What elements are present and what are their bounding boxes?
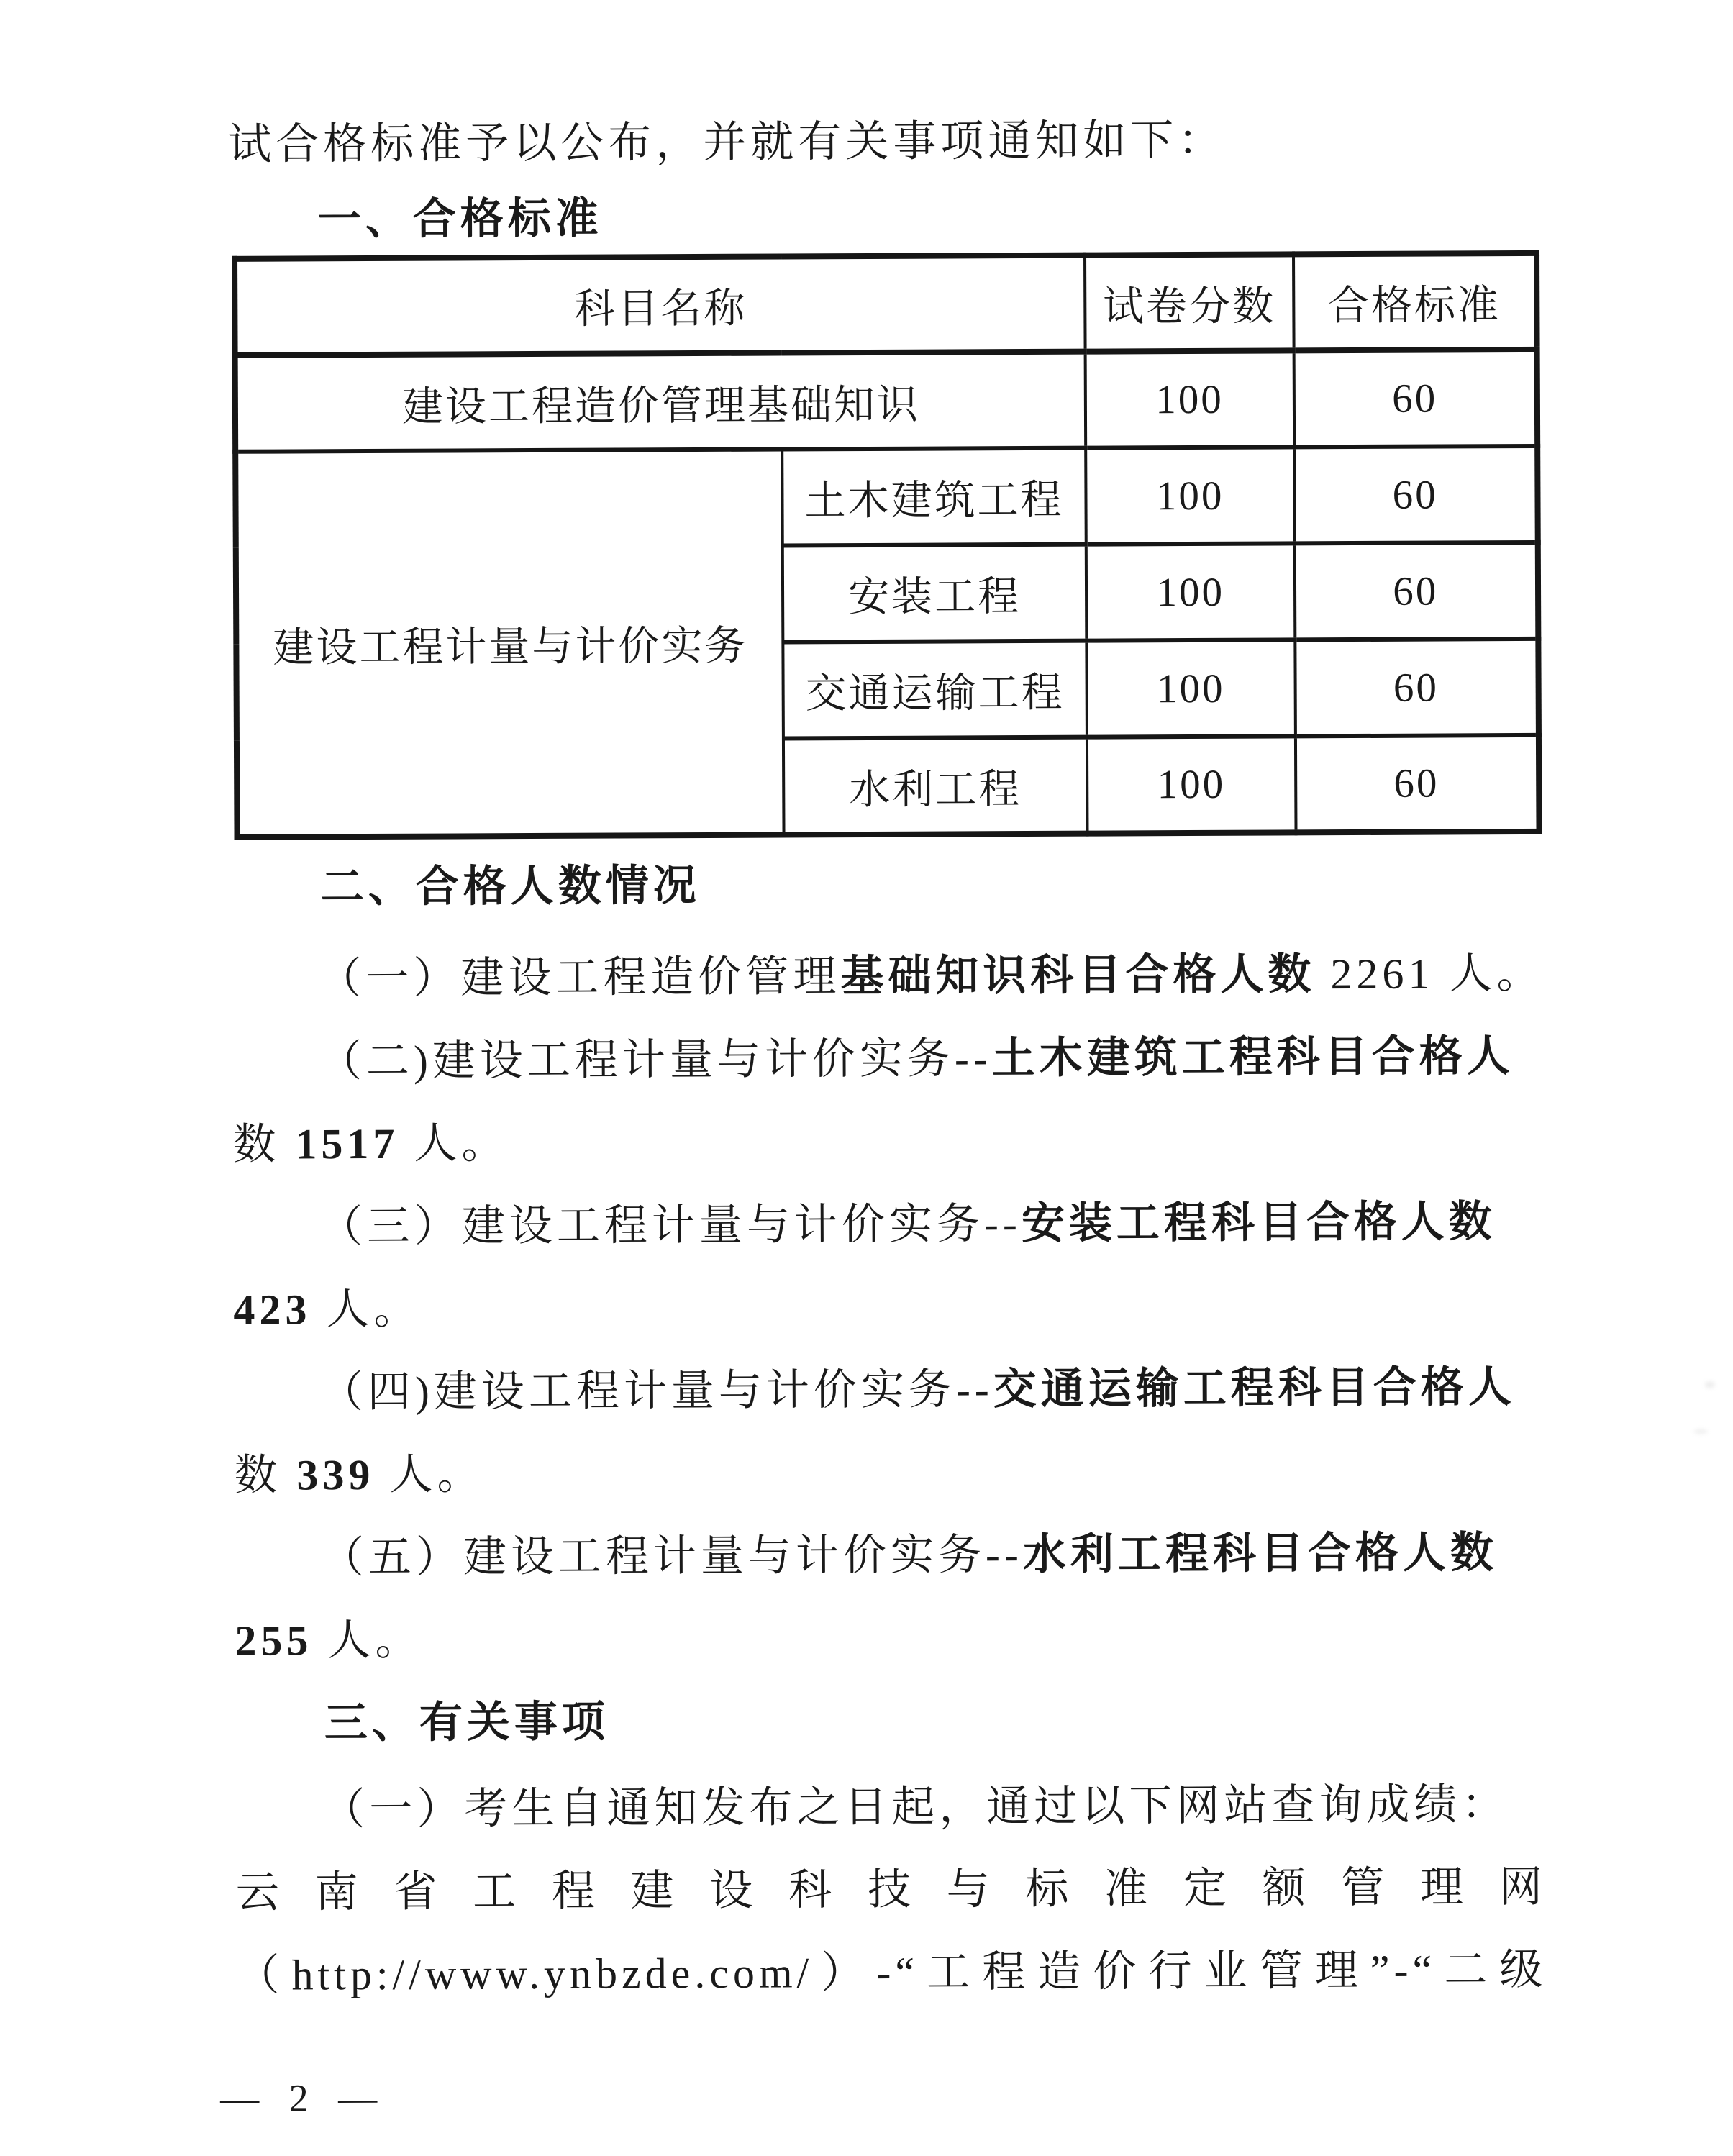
related-matters-paragraphs: （一）考生自通知发布之日起，通过以下网站查询成绩： 云南省工程建设科技与标准定额… xyxy=(235,1763,1547,2017)
pass-count-line: 423 人。 xyxy=(233,1263,1544,1352)
website-name-line: 云南省工程建设科技与标准定额管理网 xyxy=(236,1846,1547,1934)
pass-count-line: 255 人。 xyxy=(235,1594,1545,1683)
section3-heading: 三、有关事项 xyxy=(324,1693,609,1752)
line-text: 人。 xyxy=(399,1119,509,1168)
line-text: （一）建设工程造价管理 xyxy=(318,952,840,1002)
line-text: 数 xyxy=(234,1451,296,1498)
line-text: 2261 人。 xyxy=(1315,950,1544,998)
basic-subject-cell: 建设工程造价管理基础知识 xyxy=(235,352,1086,452)
pass-count-line: （五）建设工程计量与计价实务--水利工程科目合格人数 xyxy=(235,1511,1545,1600)
line-text: 人。 xyxy=(312,1616,422,1665)
scan-artifact xyxy=(1705,1381,1715,1388)
line-emphasis: 423 xyxy=(233,1286,311,1333)
line-emphasis: 水利工程科目合格人数 xyxy=(1023,1529,1498,1578)
section1-heading: 一、合格标准 xyxy=(318,190,603,249)
line-emphasis: 土木建筑工程科目合格人 xyxy=(992,1032,1514,1082)
sub-score-cell: 100 xyxy=(1086,447,1294,544)
sub-name-cell: 安装工程 xyxy=(783,545,1086,642)
line-emphasis: 基础知识科目合格人数 xyxy=(840,950,1315,1000)
line-text: 人。 xyxy=(311,1286,421,1334)
sub-name-cell: 水利工程 xyxy=(783,737,1087,835)
table-row-basic: 建设工程造价管理基础知识 100 60 xyxy=(235,350,1538,452)
sub-score-cell: 100 xyxy=(1087,736,1296,833)
pass-count-paragraphs: （一）建设工程造价管理基础知识科目合格人数 2261 人。 （二)建设工程计量与… xyxy=(232,932,1545,1683)
intro-line: 试合格标准予以公布，并就有关事项通知如下： xyxy=(228,98,1539,186)
line-text: （四)建设工程计量与计价实务-- xyxy=(320,1365,993,1416)
sub-pass-cell: 60 xyxy=(1294,446,1538,543)
sub-pass-cell: 60 xyxy=(1294,542,1538,640)
sub-pass-cell: 60 xyxy=(1295,639,1539,736)
sub-name-cell: 土木建筑工程 xyxy=(782,448,1086,546)
pass-count-line: 数 1517 人。 xyxy=(232,1098,1543,1186)
scan-artifact xyxy=(1693,1429,1708,1434)
line-text: 人。 xyxy=(374,1450,484,1498)
standards-table: 科目名称 试卷分数 合格标准 建设工程造价管理基础知识 100 60 建设工程计… xyxy=(232,250,1542,840)
sub-score-cell: 100 xyxy=(1086,543,1295,640)
table-header-row: 科目名称 试卷分数 合格标准 xyxy=(235,253,1537,355)
page-number: — 2 — xyxy=(220,2075,387,2121)
pass-count-line: （四)建设工程计量与计价实务--交通运输工程科目合格人 xyxy=(234,1346,1545,1434)
table-row-civil: 建设工程计量与计价实务 土木建筑工程 100 60 xyxy=(235,446,1538,548)
pass-count-line: （二)建设工程计量与计价实务--土木建筑工程科目合格人 xyxy=(232,1015,1543,1104)
pass-count-line: （一）建设工程造价管理基础知识科目合格人数 2261 人。 xyxy=(232,932,1542,1021)
line-emphasis: 339 xyxy=(296,1451,374,1498)
notice-line: （一）考生自通知发布之日起，通过以下网站查询成绩： xyxy=(235,1763,1546,1852)
document-page: 试合格标准予以公布，并就有关事项通知如下： 一、合格标准 科目名称 试卷分数 合… xyxy=(0,0,1733,2156)
sub-score-cell: 100 xyxy=(1086,640,1295,737)
line-text: （三）建设工程计量与计价实务-- xyxy=(319,1200,1022,1250)
header-score-cell: 试卷分数 xyxy=(1085,254,1293,351)
line-text: （二)建设工程计量与计价实务-- xyxy=(319,1034,992,1085)
line-text: 数 xyxy=(232,1120,295,1168)
header-subject-cell: 科目名称 xyxy=(235,255,1085,355)
line-emphasis: 255 xyxy=(235,1616,312,1664)
sub-name-cell: 交通运输工程 xyxy=(783,641,1087,739)
basic-score-cell: 100 xyxy=(1086,350,1294,447)
group-name-cell: 建设工程计量与计价实务 xyxy=(235,450,784,837)
sub-pass-cell: 60 xyxy=(1295,735,1539,832)
scan-content: 试合格标准予以公布，并就有关事项通知如下： 一、合格标准 科目名称 试卷分数 合… xyxy=(0,0,1733,2156)
line-emphasis: 交通运输工程科目合格人 xyxy=(993,1363,1516,1413)
line-text: （五）建设工程计量与计价实务-- xyxy=(321,1531,1023,1581)
basic-pass-cell: 60 xyxy=(1293,350,1537,447)
section2-heading: 二、合格人数情况 xyxy=(321,857,701,916)
website-url-line: （http://www.ynbzde.com/）-“工程造价行业管理”-“二级 xyxy=(236,1929,1547,2017)
pass-count-line: （三）建设工程计量与计价实务--安装工程科目合格人数 xyxy=(233,1181,1544,1269)
line-emphasis: 1517 xyxy=(295,1120,399,1168)
line-emphasis: 安装工程科目合格人数 xyxy=(1022,1198,1496,1247)
pass-count-line: 数 339 人。 xyxy=(234,1429,1545,1517)
header-pass-cell: 合格标准 xyxy=(1293,253,1537,350)
